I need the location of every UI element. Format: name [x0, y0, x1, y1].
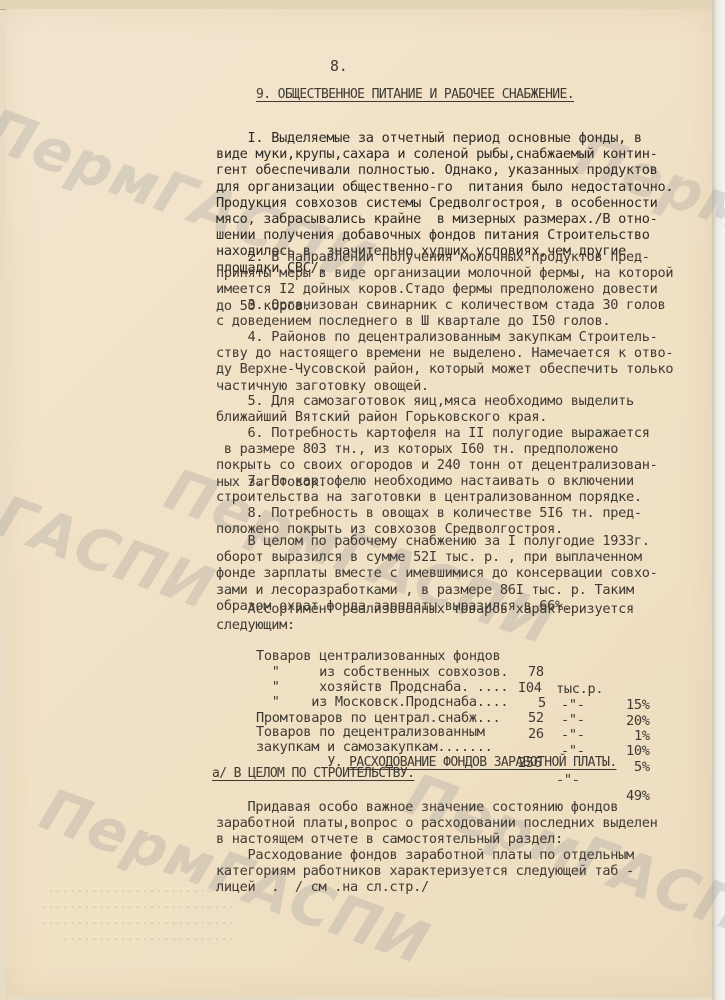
section-9-heading: 9. ОБЩЕСТВЕННОЕ ПИТАНИЕ И РАБОЧЕЕ СНАБЖЕ… — [256, 87, 574, 103]
paragraph-5-eggs-meat: 5. Для самозаготовок яиц,мяса необходимо… — [216, 393, 686, 425]
paragraph-wage-funds-intro: Придавая особо важное значение состоянию… — [216, 799, 686, 848]
row-unit: -"- — [556, 772, 580, 788]
page-number: 8. — [330, 58, 347, 74]
paragraph-assortment-intro: Ассортимент реализованных товаров характ… — [216, 601, 686, 633]
subsection-a-heading: а/ В ЦЕЛОМ ПО СТРОИТЕЛЬСТВУ. — [212, 766, 414, 782]
scan-right-edge — [712, 0, 725, 1000]
paragraph-3-piggery: 3. Организован свинарник с количеством с… — [216, 297, 686, 329]
paragraph-4-districts: 4. Районов по децентрализованным закупка… — [216, 329, 686, 394]
paragraph-7-potatoes-procurement: 7. По картофелю необходимо настаивать о … — [216, 473, 686, 505]
paragraph-wage-funds-table-ref: Расходование фондов заработной платы по … — [216, 847, 686, 896]
reverse-side-bleedthrough: .......................... .............… — [40, 880, 235, 944]
